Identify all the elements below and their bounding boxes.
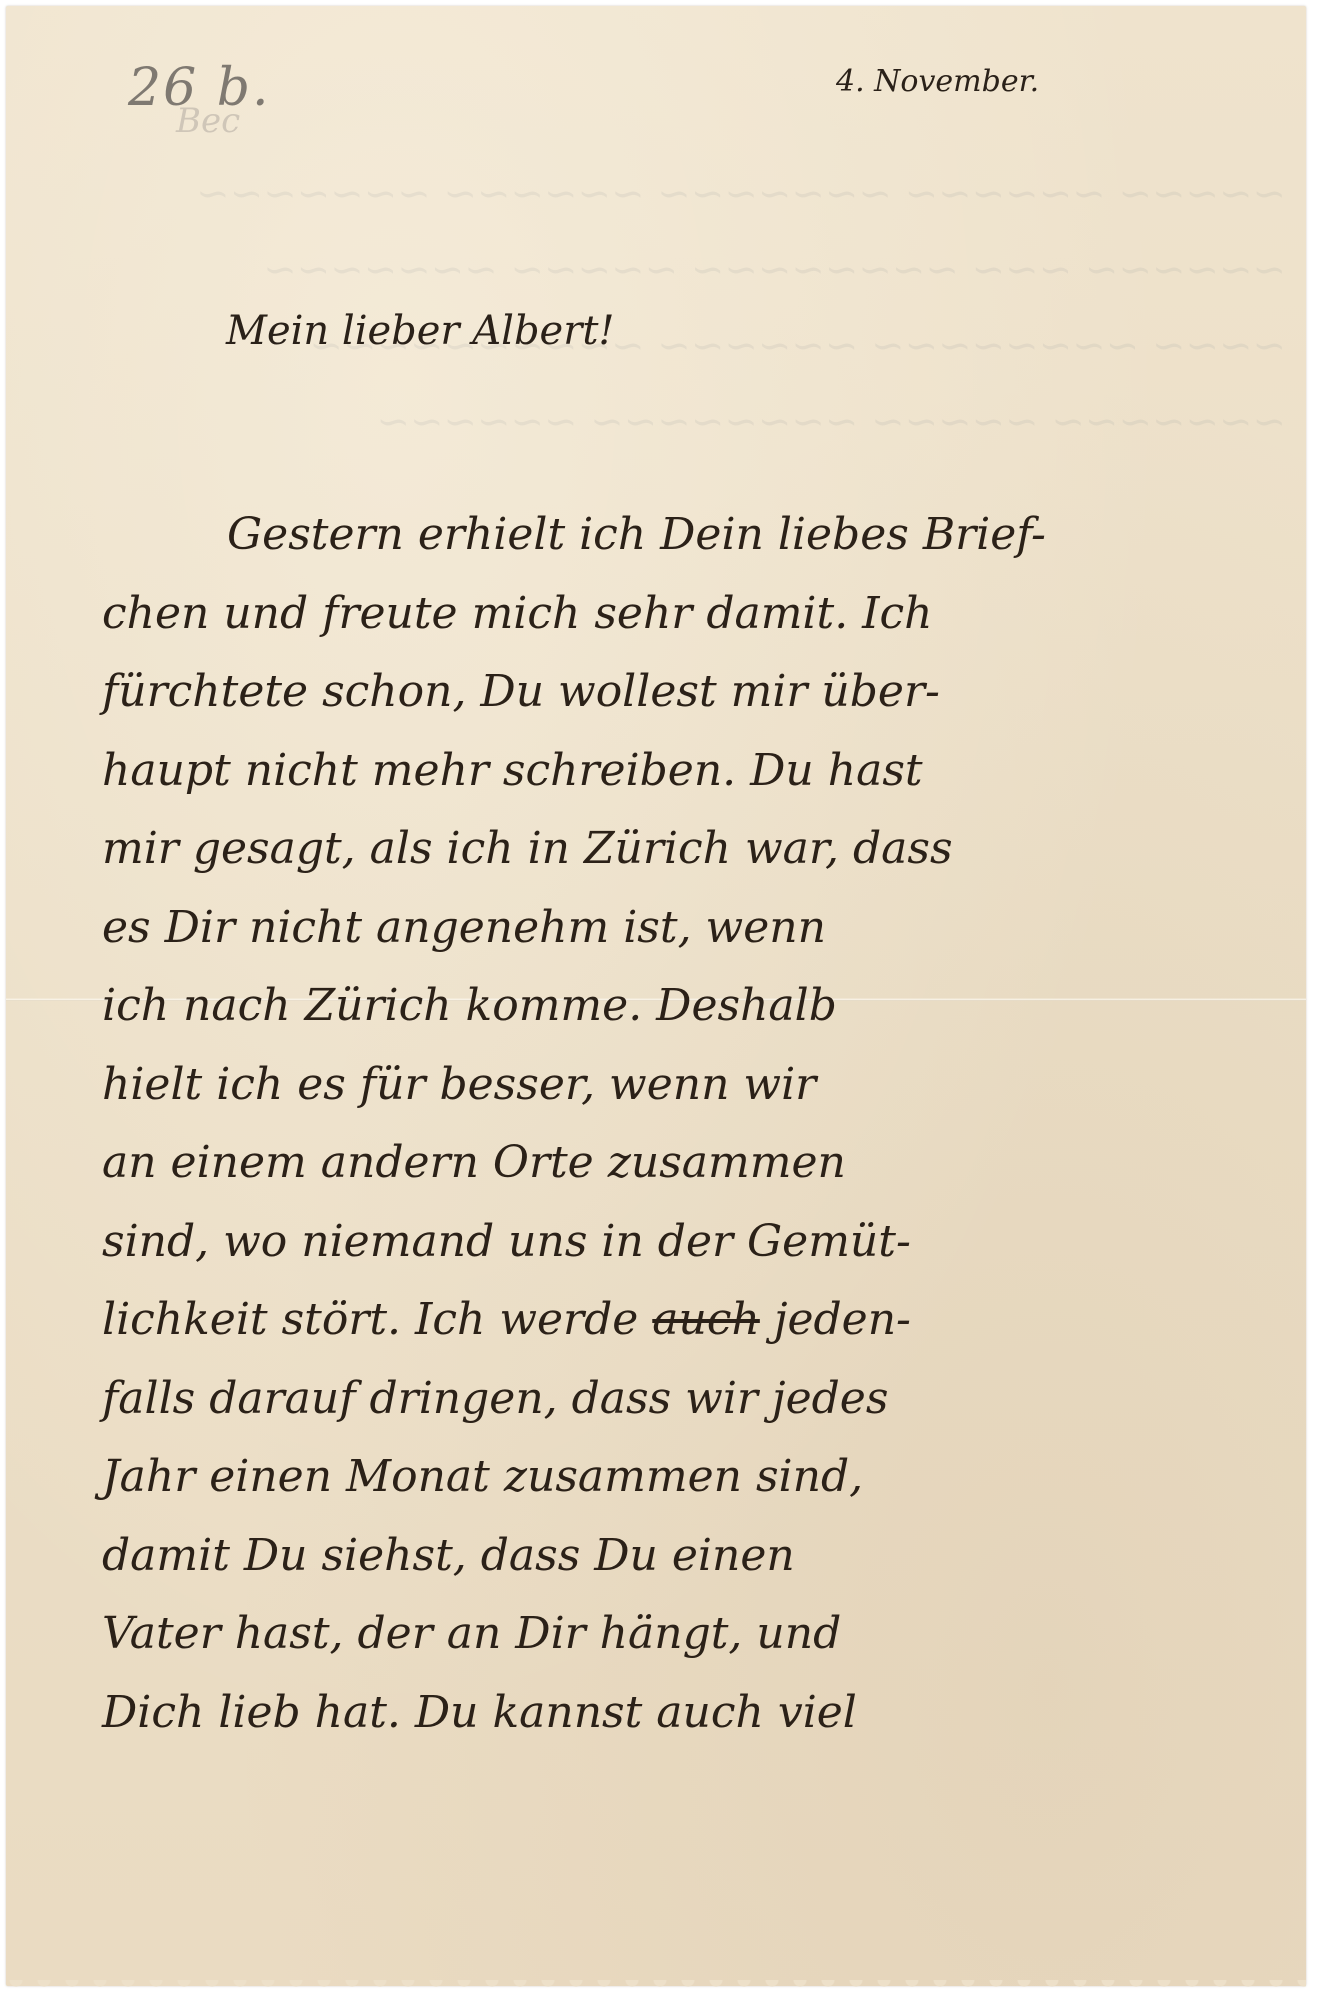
letter-greeting: Mein lieber Albert! [226, 308, 615, 354]
letter-body: Gestern erhielt ich Dein liebes Brief- c… [102, 496, 1302, 1752]
letter-line: es Dir nicht angenehm ist, wenn [102, 889, 1302, 968]
letter-line: damit Du siehst, dass Du einen [102, 1517, 1302, 1596]
letter-line: haupt nicht mehr schreiben. Du hast [102, 732, 1302, 811]
letter-line: hielt ich es für besser, wenn wir [102, 1046, 1302, 1125]
letter-line: Dich lieb hat. Du kannst auch viel [102, 1674, 1302, 1753]
letter-line: sind, wo niemand uns in der Gemüt- [102, 1203, 1302, 1282]
letter-line: falls darauf dringen, dass wir jedes [102, 1360, 1302, 1439]
letter-line: Vater hast, der an Dir hängt, und [102, 1595, 1302, 1674]
letter-page: ~~~~~ ~~~~~~ ~~~~~~~ ~~~~~~ ~~~~~~~~~~~~… [6, 6, 1306, 1986]
line-text-after: jeden- [760, 1294, 911, 1345]
struck-word: auch [652, 1294, 760, 1345]
line-text-before: lichkeit stört. Ich werde [102, 1294, 652, 1345]
torn-bottom-edge [6, 1980, 1306, 1990]
letter-line-with-strikethrough: lichkeit stört. Ich werde auch jeden- [102, 1281, 1302, 1360]
letter-line: Jahr einen Monat zusammen sind, [102, 1438, 1302, 1517]
letter-line: chen und freute mich sehr damit. Ich [102, 575, 1302, 654]
letter-line: fürchtete schon, Du wollest mir über- [102, 653, 1302, 732]
letter-line: Gestern erhielt ich Dein liebes Brief- [102, 496, 1302, 575]
letter-line: an einem andern Orte zusammen [102, 1124, 1302, 1203]
archive-pencil-ghost: Bec [176, 101, 240, 141]
letter-line: ich nach Zürich komme. Deshalb [102, 967, 1302, 1046]
letter-line: mir gesagt, als ich in Zürich war, dass [102, 810, 1302, 889]
letter-date: 4. November. [836, 64, 1039, 99]
